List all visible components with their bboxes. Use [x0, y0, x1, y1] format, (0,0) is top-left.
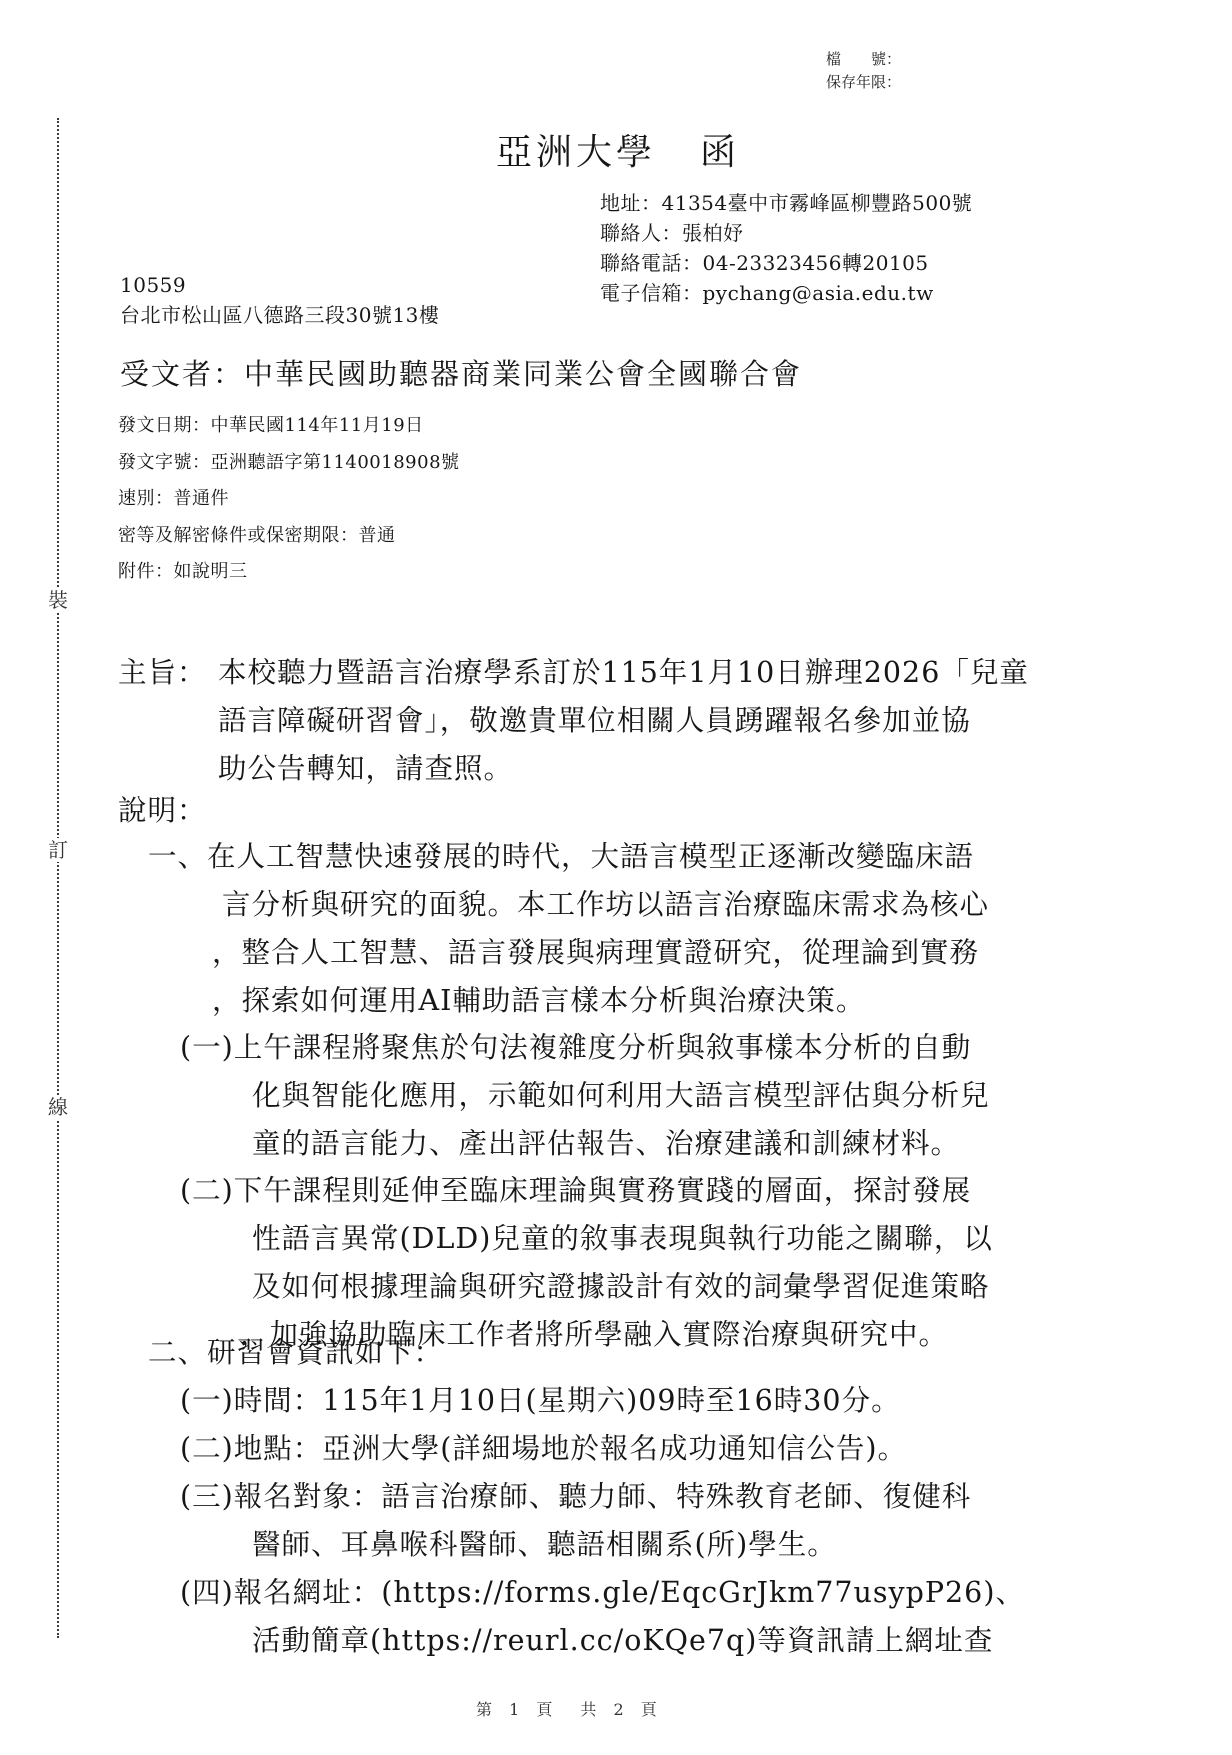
subject-line: 語言障礙研習會」，敬邀貴單位相關人員踴躍報名參加並協 — [218, 698, 971, 739]
document-meta: 發文日期：中華民國114年11月19日 發文字號：亞洲聽語字第114001890… — [118, 408, 460, 591]
street-address: 台北市松山區八德路三段30號13樓 — [120, 300, 439, 330]
item1-sub1-line: 童的語言能力、產出評估報告、治療建議和訓練材料。 — [252, 1121, 960, 1162]
attachment: 附件：如說明三 — [118, 554, 460, 591]
item1-sub2-line: 性語言異常(DLD)兒童的敘事表現與執行功能之關聯，以 — [252, 1216, 993, 1257]
item1-line: ，整合人工智慧、語言發展與病理實證研究，從理論到實務 — [212, 930, 979, 971]
page-number: 第 1 頁 共 2 頁 — [476, 1697, 663, 1720]
registration-url-line[interactable]: (四)報名網址：(https://forms.gle/EqcGrJkm77usy… — [180, 1570, 1025, 1611]
item1-line: ，探索如何運用AI輔助語言樣本分析與治療決策。 — [212, 978, 865, 1019]
recipient-address: 10559 台北市松山區八德路三段30號13樓 — [120, 270, 439, 330]
file-meta: 檔 號： 保存年限： — [826, 48, 901, 94]
binding-dotted-line — [57, 118, 59, 1638]
sender-address: 地址：41354臺中市霧峰區柳豐路500號 — [600, 188, 972, 218]
retention-period-label: 保存年限： — [826, 71, 901, 94]
sender-info: 地址：41354臺中市霧峰區柳豐路500號 聯絡人：張柏妤 聯絡電話：04-23… — [600, 188, 972, 308]
event-audience-line: (三)報名對象：語言治療師、聽力師、特殊教育老師、復健科 — [180, 1474, 971, 1515]
event-time: (一)時間：115年1月10日(星期六)09時至16時30分。 — [180, 1378, 901, 1419]
receiver: 受文者：中華民國助聽器商業同業公會全國聯合會 — [120, 352, 802, 393]
subject-line: 助公告轉知，請查照。 — [218, 746, 513, 787]
event-place: (二)地點：亞洲大學(詳細場地於報名成功通知信公告)。 — [180, 1426, 907, 1467]
event-audience-line: 醫師、耳鼻喉科醫師、聽語相關系(所)學生。 — [252, 1522, 837, 1563]
archive-number-label: 檔 號： — [826, 48, 901, 71]
issue-date: 發文日期：中華民國114年11月19日 — [118, 408, 460, 445]
binding-mark-ding: 訂 — [46, 838, 70, 862]
item2-heading: 二、研習會資訊如下： — [148, 1330, 443, 1371]
explanation-label: 說明： — [118, 788, 207, 829]
item1-sub1-line: (一)上午課程將聚焦於句法複雜度分析與敘事樣本分析的自動 — [180, 1025, 971, 1066]
sender-phone: 聯絡電話：04-23323456轉20105 — [600, 248, 972, 278]
secrecy-level: 密等及解密條件或保密期限：普通 — [118, 518, 460, 555]
subject-line: 本校聽力暨語言治療學系訂於115年1月10日辦理2026「兒童 — [218, 650, 1029, 691]
reference-number: 發文字號：亞洲聽語字第1140018908號 — [118, 445, 460, 482]
sender-contact: 聯絡人：張柏妤 — [600, 218, 972, 248]
issuing-organization: 亞洲大學 — [496, 132, 656, 173]
document-type: 函 — [700, 132, 740, 173]
sender-email: 電子信箱：pychang@asia.edu.tw — [600, 278, 972, 308]
document-title: 亞洲大學函 — [496, 124, 740, 175]
item1-sub2-line: (二)下午課程則延伸至臨床理論與實務實踐的層面，探討發展 — [180, 1168, 971, 1209]
postal-code: 10559 — [120, 270, 439, 300]
item1-sub2-line: 及如何根據理論與研究證據設計有效的詞彙學習促進策略 — [252, 1264, 990, 1305]
brochure-url-line[interactable]: 活動簡章(https://reurl.cc/oKQe7q)等資訊請上網址查 — [252, 1618, 993, 1659]
item1-sub1-line: 化與智能化應用，示範如何利用大語言模型評估與分析兒 — [252, 1073, 990, 1114]
item1-line: 一、在人工智慧快速發展的時代，大語言模型正逐漸改變臨床語 — [148, 834, 974, 875]
binding-mark-xian: 線 — [46, 1095, 70, 1119]
delivery-speed: 速別：普通件 — [118, 481, 460, 518]
binding-mark-zhuang: 裝 — [46, 588, 70, 612]
subject-label: 主旨： — [118, 650, 207, 691]
item1-line: 言分析與研究的面貌。本工作坊以語言治療臨床需求為核心 — [222, 882, 989, 923]
